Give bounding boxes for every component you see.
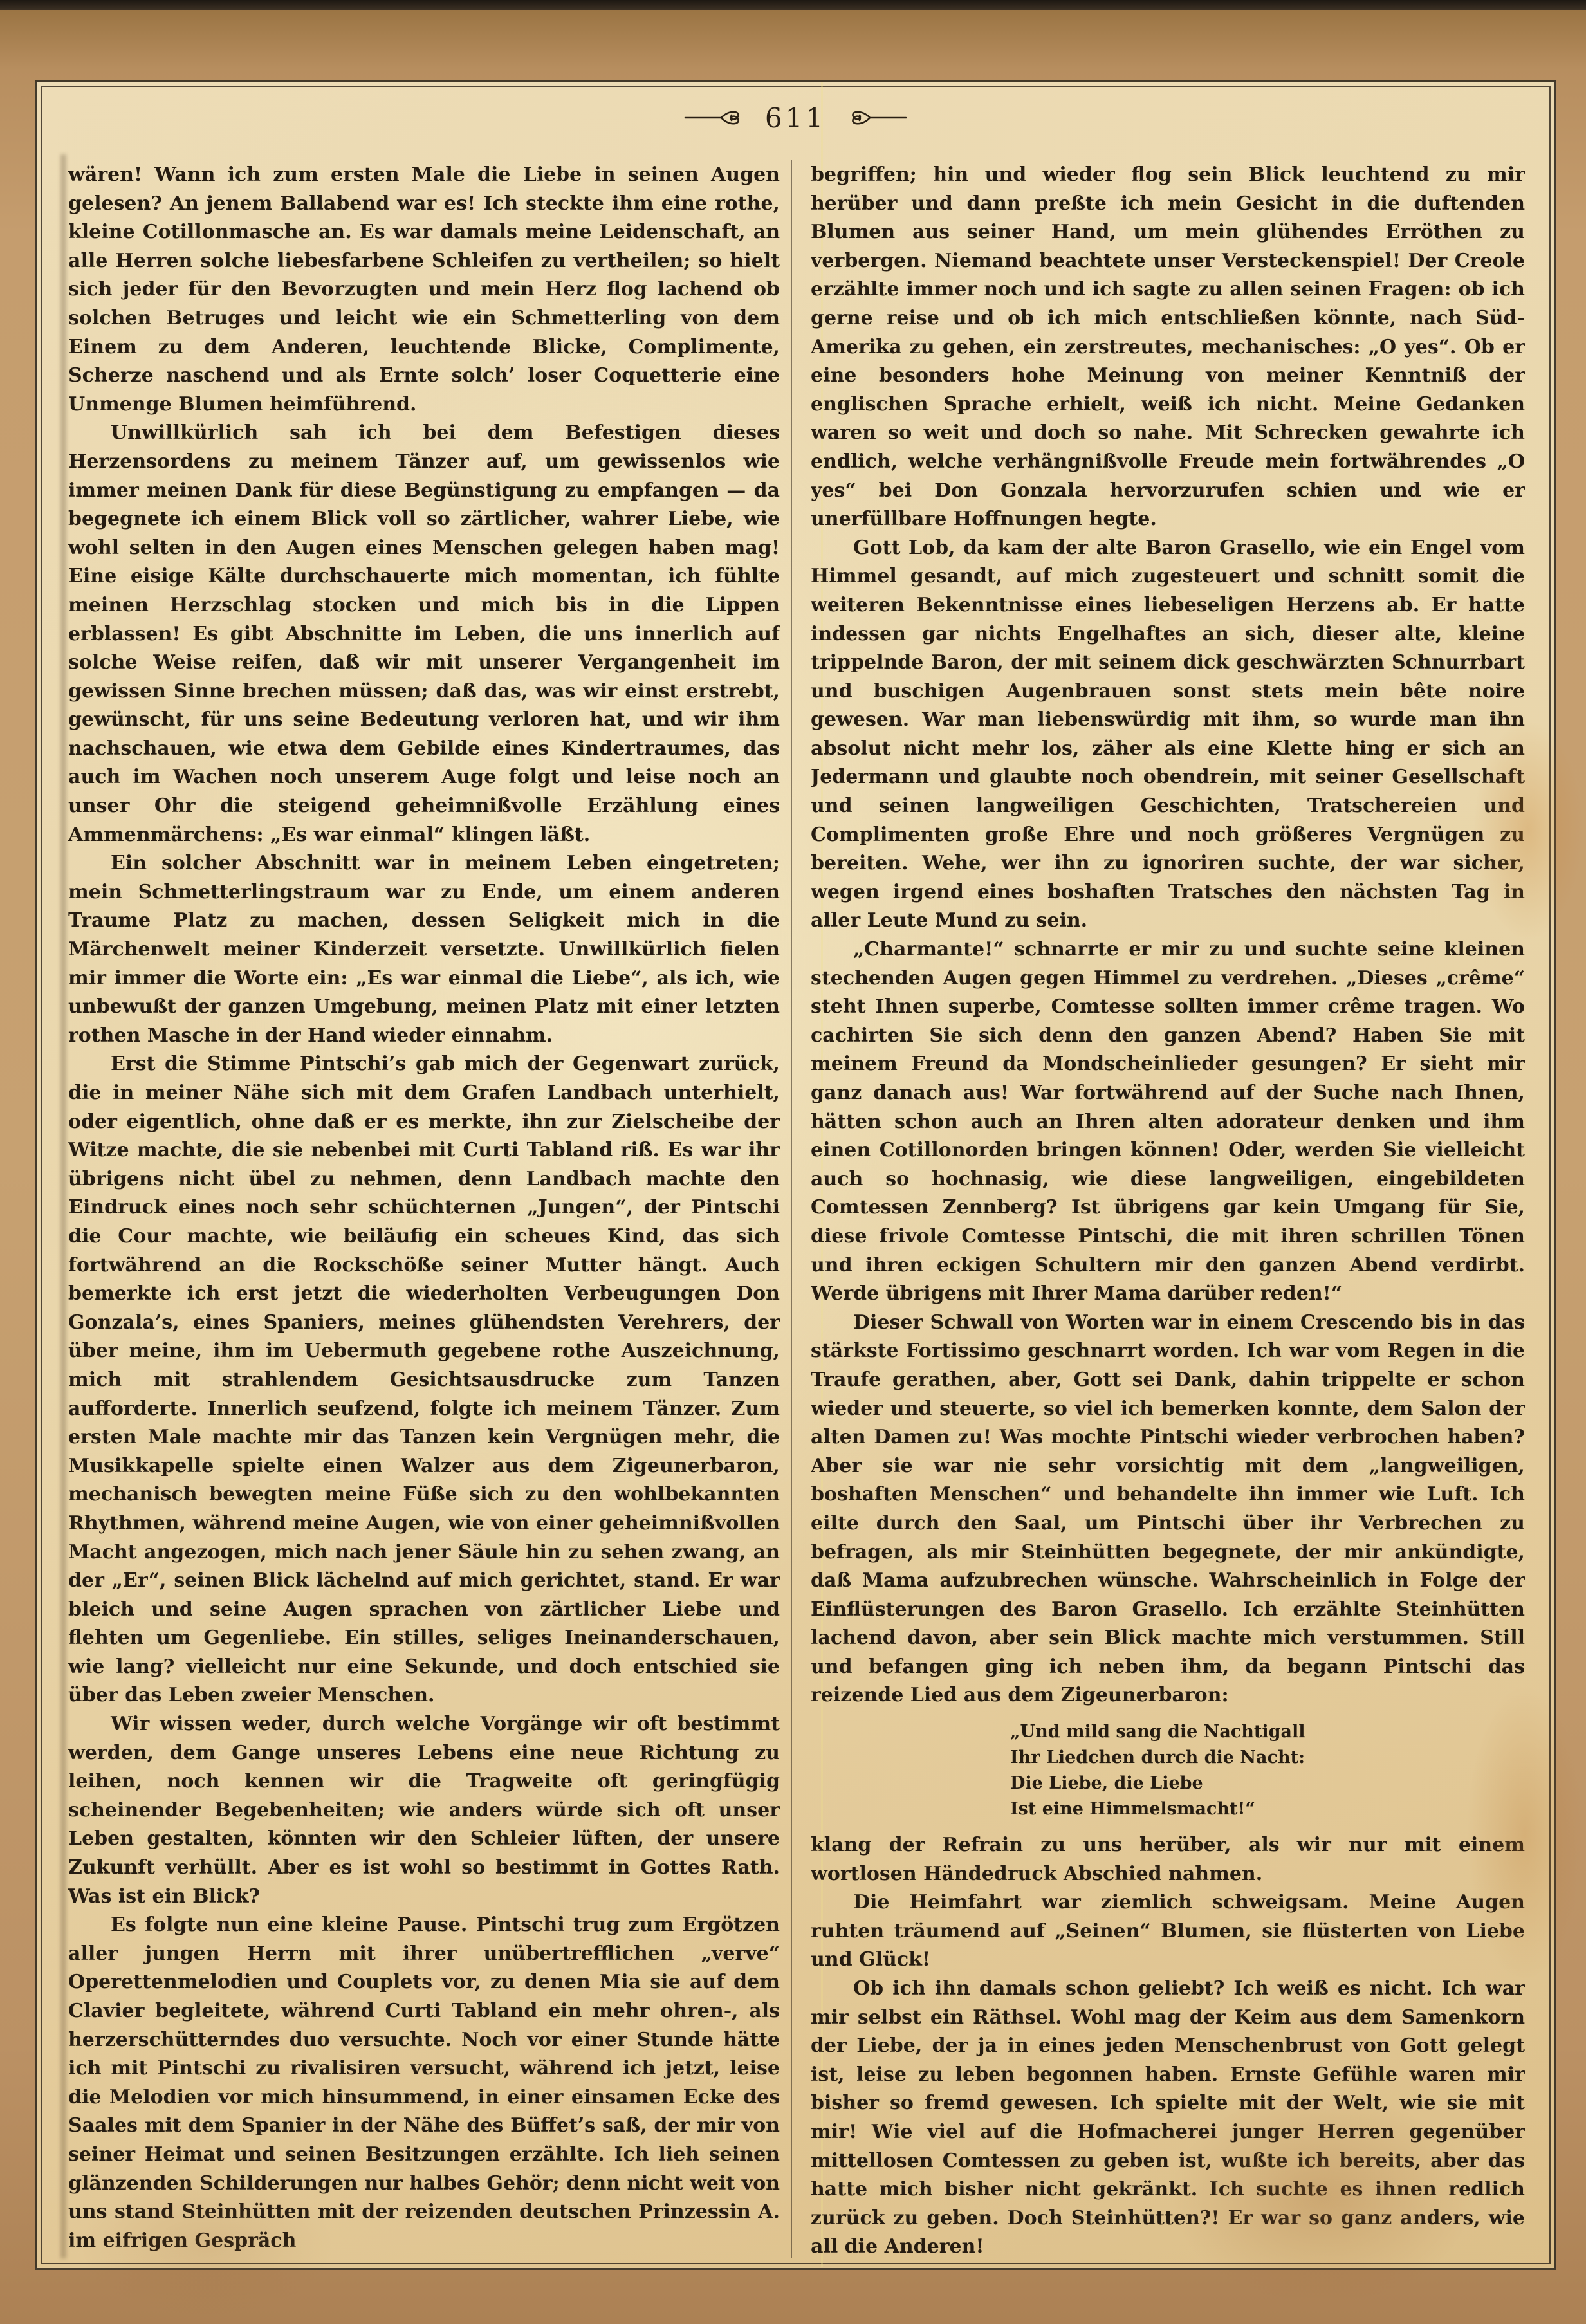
- paragraph: Ein solcher Abschnitt war in meinem Lebe…: [68, 849, 780, 1050]
- paragraph: „Charmante!“ schnarrte er mir zu und suc…: [811, 936, 1525, 1309]
- column-divider-rule: [791, 160, 792, 2258]
- paragraph: Die Heimfahrt war ziemlich schweigsam. M…: [811, 1888, 1525, 1975]
- header-flourish-left-icon: [684, 108, 746, 127]
- verse-line: „Und mild sang die Nachtigall: [1010, 1719, 1525, 1745]
- verse-line: Ihr Liedchen durch die Nacht:: [1010, 1745, 1525, 1771]
- page-number: 611: [765, 102, 826, 134]
- paragraph: Es folgte nun eine kleine Pause. Pintsch…: [68, 1911, 780, 2255]
- left-column: wären! Wann ich zum ersten Male die Lieb…: [68, 161, 780, 2262]
- scanned-book-page: { "page": { "number": "611", "ornament_l…: [0, 0, 1586, 2324]
- paragraph: Ob ich ihn damals schon geliebt? Ich wei…: [811, 1975, 1525, 2262]
- paragraph: Wir wissen weder, durch welche Vorgänge …: [68, 1710, 780, 1911]
- paragraph: Dieser Schwall von Worten war in einem C…: [811, 1309, 1525, 1710]
- paragraph: Unwillkürlich sah ich bei dem Befestigen…: [68, 419, 780, 849]
- verse-quote: „Und mild sang die NachtigallIhr Liedche…: [1010, 1719, 1525, 1822]
- page-header: 611: [35, 95, 1556, 140]
- scan-edge: [0, 0, 1586, 10]
- paragraph: wären! Wann ich zum ersten Male die Lieb…: [68, 161, 780, 419]
- verse-line: Ist eine Himmelsmacht!“: [1010, 1796, 1525, 1822]
- paragraph: begriffen; hin und wieder flog sein Blic…: [811, 161, 1525, 534]
- header-flourish-right-icon: [845, 108, 907, 127]
- verse-line: Die Liebe, die Liebe: [1010, 1771, 1525, 1796]
- paragraph: Erst die Stimme Pintschi’s gab mich der …: [68, 1050, 780, 1710]
- paragraph: klang der Refrain zu uns herüber, als wi…: [811, 1831, 1525, 1888]
- right-column: begriffen; hin und wieder flog sein Blic…: [811, 161, 1525, 2262]
- paragraph: Gott Lob, da kam der alte Baron Grasello…: [811, 534, 1525, 936]
